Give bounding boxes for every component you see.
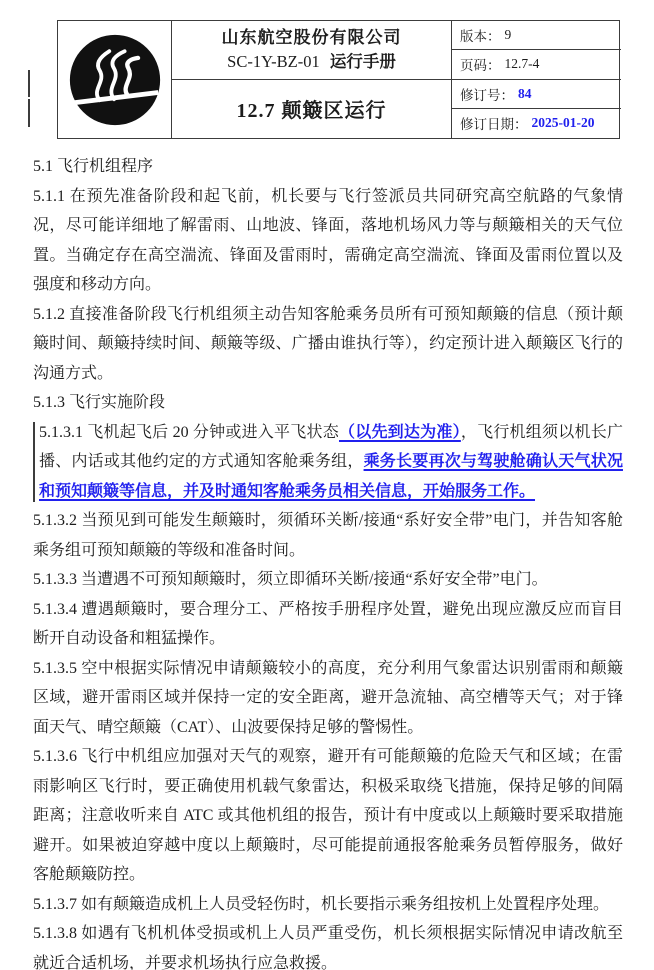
paragraph: 5.1.3.4 遭遇颠簸时，要合理分工、严格按手册程序处置，避免出现应激反应而盲… [33,595,623,654]
text-segment: 5.1.3.7 如有颠簸造成机上人员受轻伤时，机长要指示乘务组按机上处置程序处理… [33,896,609,913]
manual-name: 运行手册 [330,53,396,71]
manual-code: SC-1Y-BZ-01 [227,52,320,71]
shandong-airlines-logo-icon [67,30,163,130]
meta-row-version: 版本： 9 [452,21,621,50]
text-segment: 5.1.3.2 当预见到可能发生颠簸时，须循环关断/接通“系好安全带”电门，并告… [33,512,623,559]
manual-header-table: 山东航空股份有限公司 SC-1Y-BZ-01 运行手册 12.7 颠簸区运行 版… [57,20,620,139]
text-segment: 5.1.3.6 飞行中机组应加强对天气的观察，避开有可能颠簸的危险天气和区域；在… [33,748,623,883]
text-segment: 5.1.3.5 空中根据实际情况申请颠簸较小的高度，充分利用气象雷达识别雷雨和颠… [33,660,623,736]
text-segment: 5.1.3.1 飞机起飞后 20 分钟或进入平飞状态 [39,424,339,441]
text-segment: 5.1.3 飞行实施阶段 [33,394,165,411]
document-body: 5.1 飞行机组程序5.1.1 在预先准备阶段和起飞前，机长要与飞行签派员共同研… [33,152,623,970]
meta-label: 版本： [460,25,501,45]
text-segment: 5.1.2 直接准备阶段飞行机组须主动告知客舱乘务员所有可预知颠簸的信息（预计颠… [33,306,623,382]
header-change-bar [28,70,30,97]
revised-text: （以先到达为准） [339,424,461,441]
paragraph: 5.1.3.6 飞行中机组应加强对天气的观察，避开有可能颠簸的危险天气和区域；在… [33,742,623,890]
paragraph: 5.1.2 直接准备阶段飞行机组须主动告知客舱乘务员所有可预知颠簸的信息（预计颠… [33,300,623,389]
paragraph: 5.1.3 飞行实施阶段 [33,388,623,418]
meta-row-page: 页码： 12.7-4 [452,50,621,79]
text-segment: 5.1.3.3 当遭遇不可预知颠簸时，须立即循环关断/接通“系好安全带”电门。 [33,571,548,588]
paragraph: 5.1.3.8 如遇有飞机机体受损或机上人员严重受伤，机长须根据实际情况申请改航… [33,919,623,970]
meta-label: 页码： [460,54,501,74]
text-segment: 5.1 飞行机组程序 [33,158,153,175]
company-name: 山东航空股份有限公司 [222,25,402,51]
meta-value: 9 [505,27,512,43]
meta-label: 修订号： [460,84,514,104]
meta-label: 修订日期： [460,113,528,133]
paragraph: 5.1.3.5 空中根据实际情况申请颠簸较小的高度，充分利用气象雷达识别雷雨和颠… [33,654,623,743]
meta-value: 84 [518,86,532,102]
meta-row-revision-number: 修订号： 84 [452,80,621,109]
text-segment: 5.1.3.8 如遇有飞机机体受损或机上人员严重受伤，机长须根据实际情况申请改航… [33,925,623,970]
paragraph: 5.1.3.3 当遭遇不可预知颠簸时，须立即循环关断/接通“系好安全带”电门。 [33,565,623,595]
logo-cell [58,21,172,138]
meta-value: 12.7-4 [505,56,540,72]
paragraph: 5.1 飞行机组程序 [33,152,623,182]
section-title-cell: 12.7 颠簸区运行 [172,80,452,139]
paragraph: 5.1.3.2 当预见到可能发生颠簸时，须循环关断/接通“系好安全带”电门，并告… [33,506,623,565]
section-title: 12.7 颠簸区运行 [237,94,387,123]
paragraph: 5.1.1 在预先准备阶段和起飞前，机长要与飞行签派员共同研究高空航路的气象情况… [33,182,623,300]
text-segment: 5.1.3.4 遭遇颠簸时，要合理分工、严格按手册程序处置，避免出现应激反应而盲… [33,601,623,648]
document-page: { "colors":{ "revision_blue":"#2020ee", … [0,0,654,970]
manual-title-cell: 山东航空股份有限公司 SC-1Y-BZ-01 运行手册 [172,21,452,80]
manual-code-line: SC-1Y-BZ-01 运行手册 [227,50,396,75]
meta-value: 2025-01-20 [532,115,595,131]
header-change-bar [28,99,30,127]
paragraph-revised: 5.1.3.1 飞机起飞后 20 分钟或进入平飞状态（以先到达为准），飞行机组须… [33,418,623,507]
paragraph: 5.1.3.7 如有颠簸造成机上人员受轻伤时，机长要指示乘务组按机上处置程序处理… [33,890,623,920]
text-segment: 5.1.1 在预先准备阶段和起飞前，机长要与飞行签派员共同研究高空航路的气象情况… [33,188,623,294]
meta-row-revision-date: 修订日期： 2025-01-20 [452,109,621,138]
